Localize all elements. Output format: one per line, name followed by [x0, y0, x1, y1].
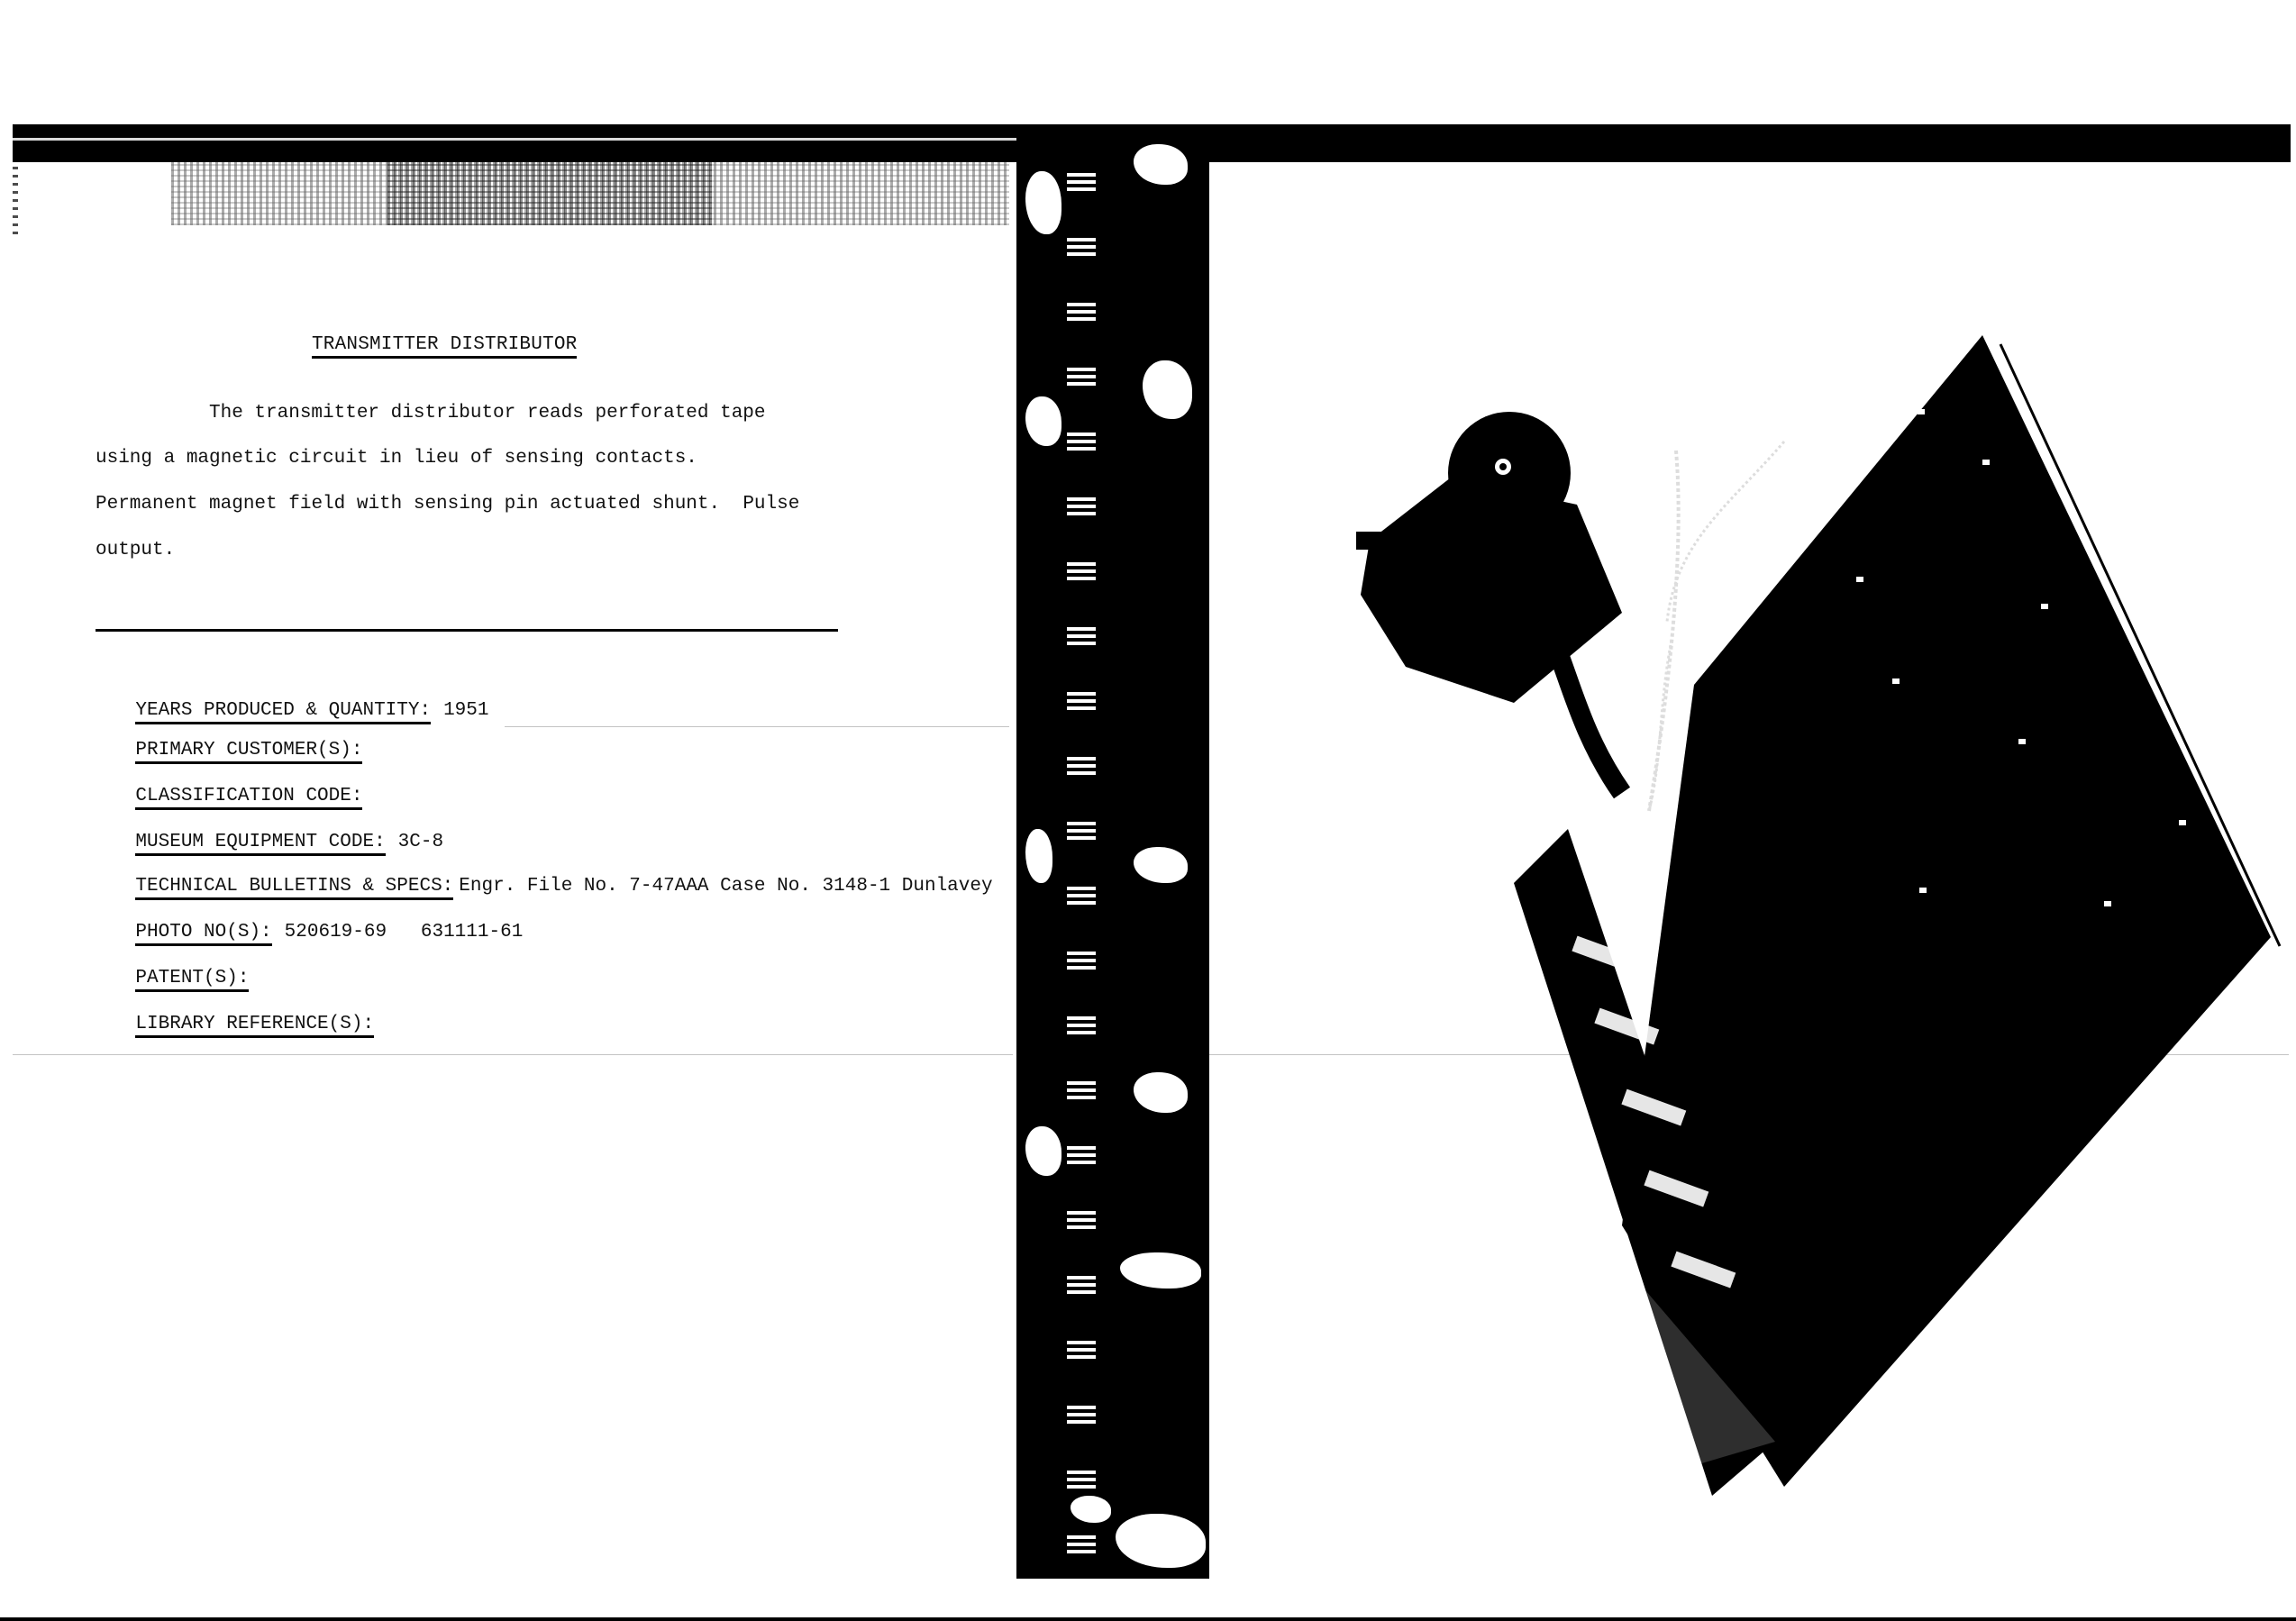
- film-perforation: [1067, 431, 1096, 451]
- scan-left-edge-noise: [13, 162, 18, 234]
- field-label: TECHNICAL BULLETINS & SPECS:: [135, 876, 453, 900]
- film-perforation: [1067, 301, 1096, 321]
- field-label: CLASSIFICATION CODE:: [135, 786, 362, 810]
- film-perforation: [1067, 236, 1096, 256]
- film-perforation: [1067, 560, 1096, 580]
- description-line-3: Permanent magnet field with sensing pin …: [96, 495, 799, 515]
- film-perforation: [1067, 755, 1096, 775]
- field-label: PHOTO NO(S):: [135, 922, 271, 946]
- scan-noise-band-dark: [387, 162, 712, 225]
- field-value: Engr. File No. 7-47AAA Case No. 3148-1 D…: [459, 876, 992, 897]
- film-perforation: [1067, 820, 1096, 840]
- field-label: PRIMARY CUSTOMER(S):: [135, 740, 362, 764]
- field-label: PATENT(S):: [135, 968, 249, 992]
- film-light-leak: [1134, 847, 1188, 883]
- scan-artifact-line: [505, 726, 1009, 727]
- scan-artifact-line: [13, 1054, 1013, 1055]
- film-perforation: [1067, 625, 1096, 645]
- scan-border-streak: [13, 138, 1157, 141]
- film-perforation: [1067, 1534, 1096, 1553]
- film-light-leak: [1120, 1252, 1201, 1289]
- transmitter-distributor-photo: [1352, 324, 2296, 1514]
- scan-bottom-border: [0, 1617, 2296, 1621]
- description-line-1: The transmitter distributor reads perfor…: [209, 404, 766, 423]
- field-label: LIBRARY REFERENCE(S):: [135, 1014, 374, 1038]
- film-perforation: [1067, 171, 1096, 191]
- film-perforation: [1067, 690, 1096, 710]
- field-label: MUSEUM EQUIPMENT CODE:: [135, 832, 385, 856]
- film-light-leak: [1025, 1126, 1061, 1176]
- film-perforation: [1067, 1469, 1096, 1489]
- film-light-leak: [1025, 396, 1061, 446]
- field-library-references: LIBRARY REFERENCE(S):: [90, 995, 387, 1054]
- film-perforation: [1067, 1209, 1096, 1229]
- film-light-leak: [1071, 1496, 1111, 1523]
- film-light-leak: [1134, 1072, 1188, 1113]
- description-line-2: using a magnetic circuit in lieu of sens…: [96, 449, 697, 469]
- film-light-leak: [1025, 829, 1052, 883]
- film-perforation: [1067, 1339, 1096, 1359]
- film-light-leak: [1025, 171, 1061, 234]
- film-perforation: [1067, 1404, 1096, 1424]
- field-value: 3C-8: [398, 832, 443, 852]
- film-light-leak: [1116, 1514, 1206, 1568]
- film-perforation: [1067, 885, 1096, 905]
- film-perforation: [1067, 366, 1096, 386]
- film-strip: [1016, 126, 1209, 1579]
- film-perforation: [1067, 1079, 1096, 1099]
- film-light-leak: [1143, 360, 1192, 419]
- field-value: 1951: [443, 700, 488, 721]
- film-perforation: [1067, 950, 1096, 970]
- section-divider: [96, 629, 838, 632]
- field-value: 520619-69 631111-61: [285, 922, 524, 943]
- film-perforation: [1067, 1144, 1096, 1164]
- film-perforation: [1067, 1015, 1096, 1034]
- film-perforation: [1067, 496, 1096, 515]
- description-line-4: output.: [96, 541, 175, 560]
- film-perforation: [1067, 1274, 1096, 1294]
- film-light-leak: [1134, 144, 1188, 185]
- page-title: TRANSMITTER DISTRIBUTOR: [312, 335, 577, 359]
